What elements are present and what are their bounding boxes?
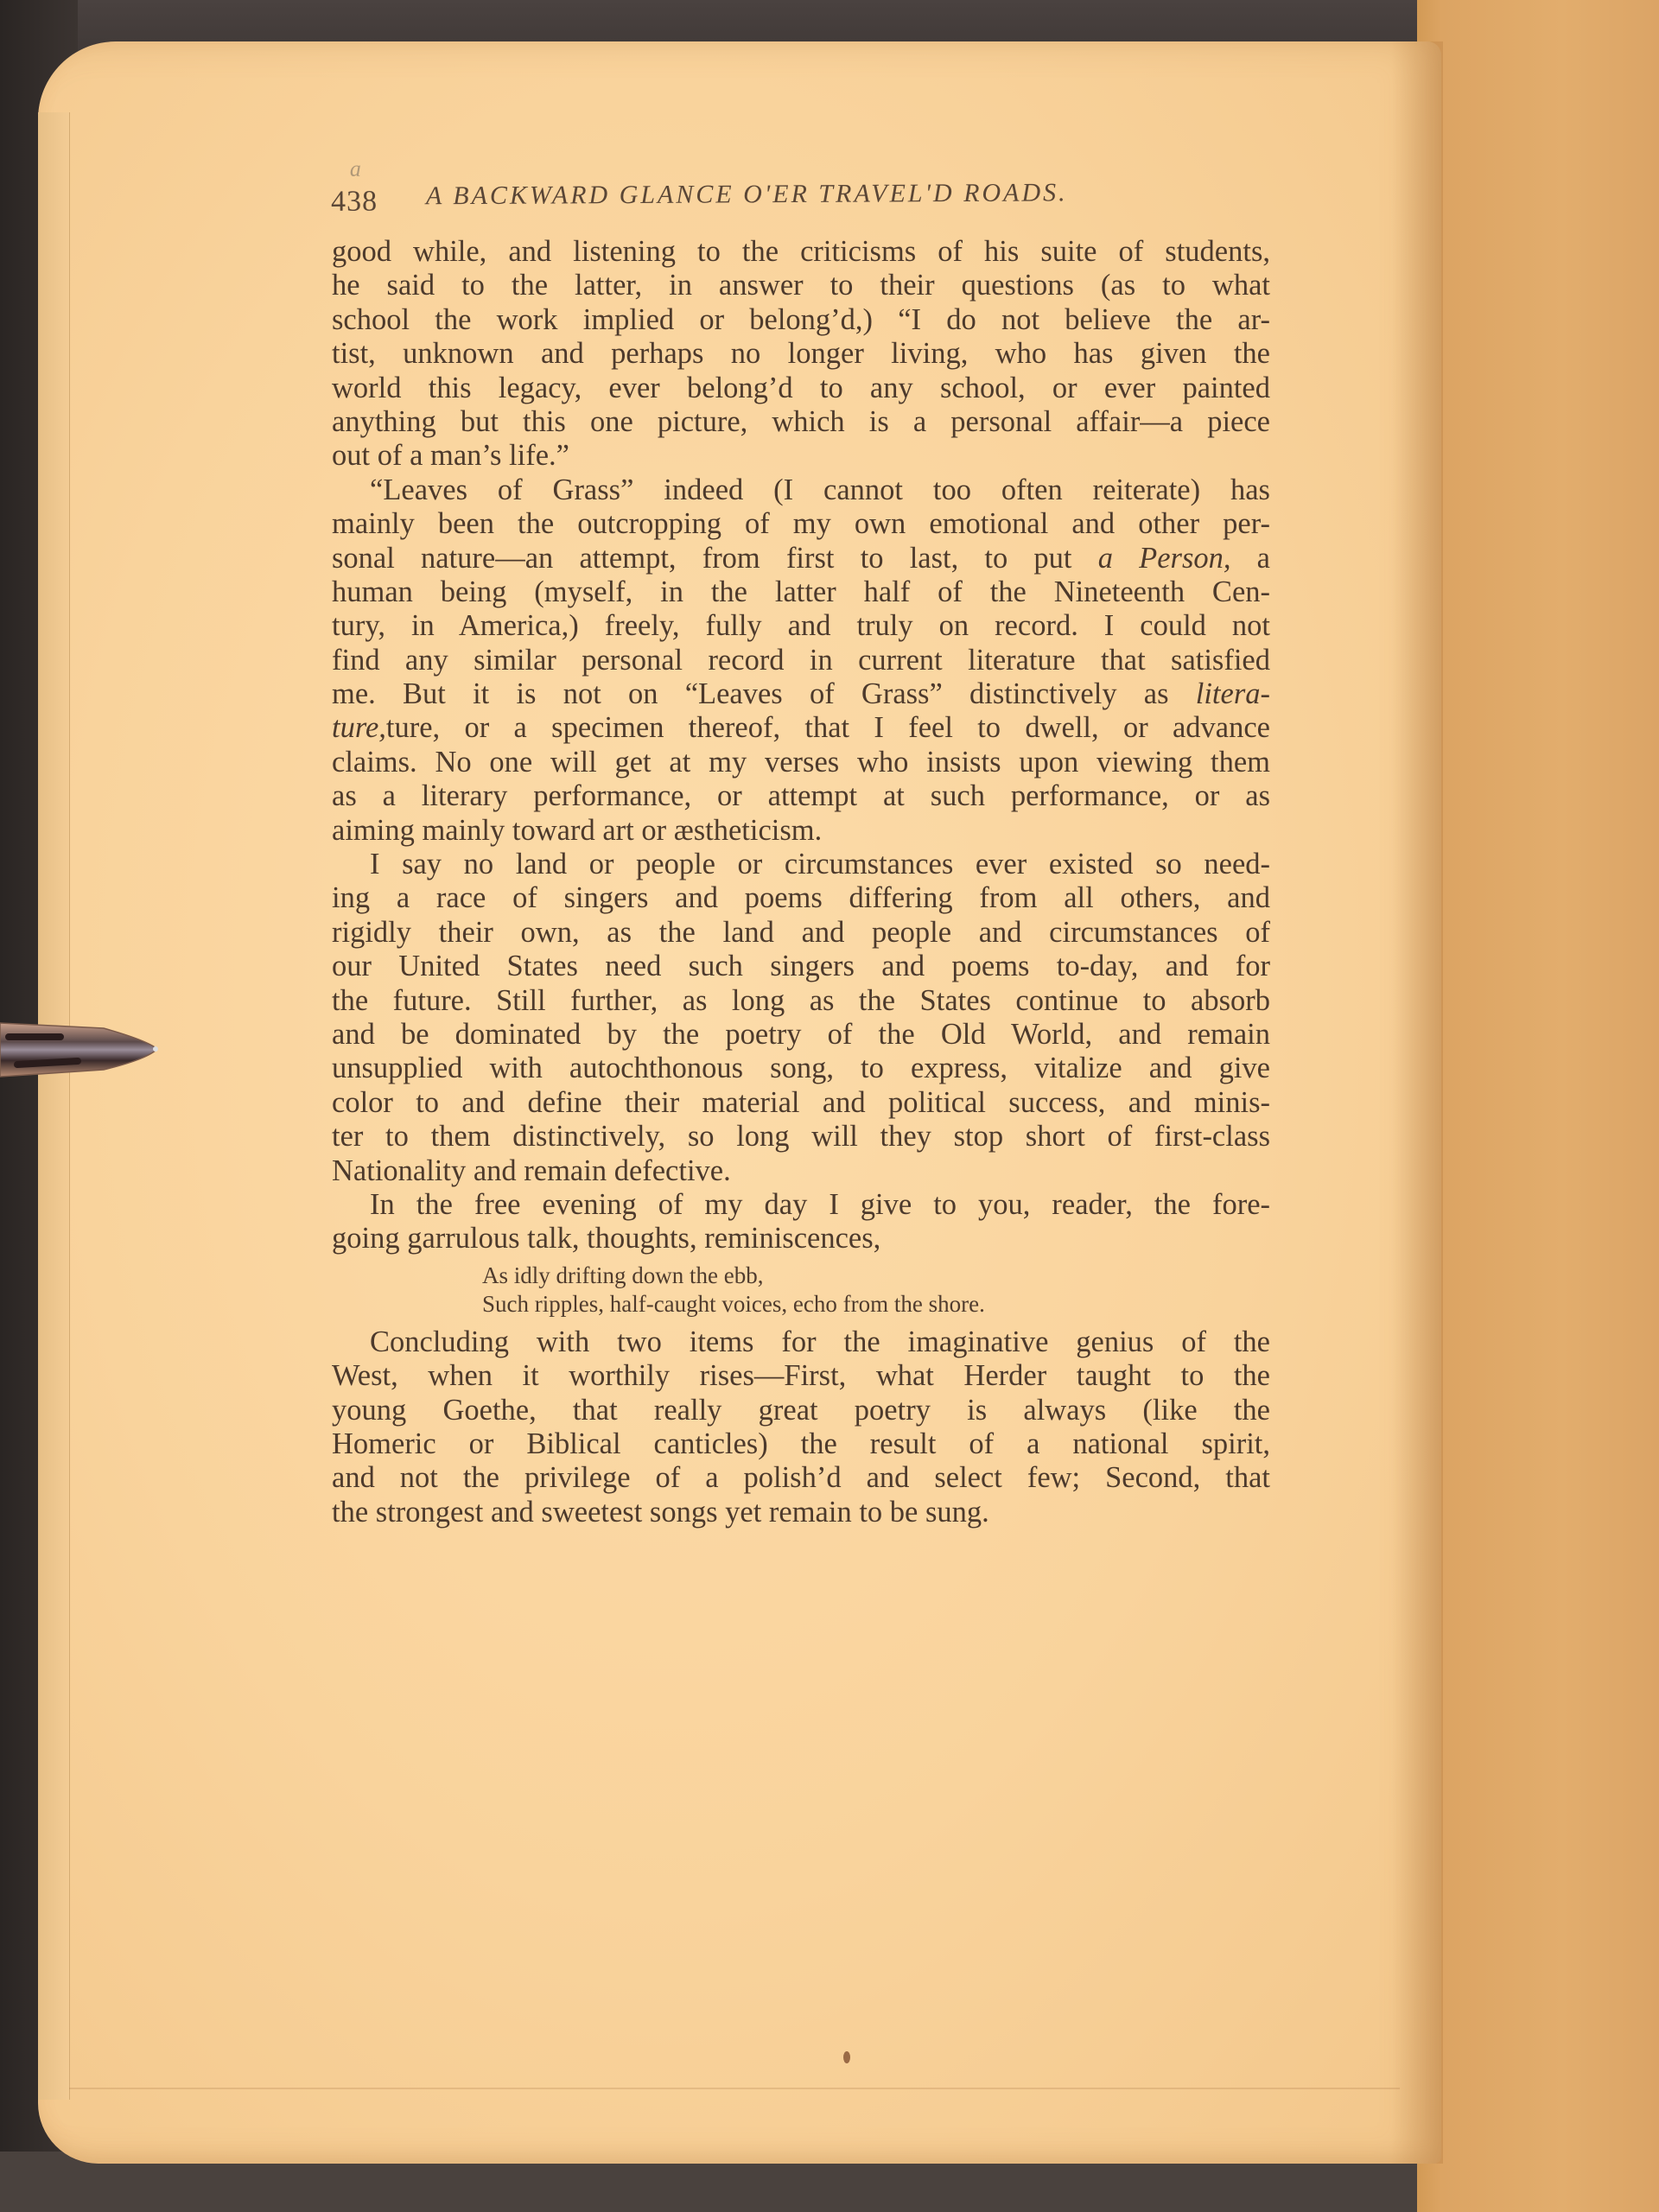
text-line: school the work implied or belong’d,) “I… [332, 303, 1270, 337]
text-line: as a literary performance, or attempt at… [332, 779, 1270, 813]
text-line: me. But it is not on “Leaves of Grass” d… [332, 677, 1270, 711]
text-line: Nationality and remain defective. [332, 1154, 1270, 1188]
verse-quote: As idly drifting down the ebb, Such ripp… [332, 1256, 1270, 1325]
text-line: find any similar personal record in curr… [332, 644, 1270, 677]
text-line: color to and define their material and p… [332, 1086, 1270, 1120]
running-head: a 438 A BACKWARD GLANCE O'ER TRAVEL'D RO… [331, 177, 1264, 220]
page-deckle-edge [38, 112, 70, 2100]
text-line: human being (myself, in the latter half … [332, 575, 1270, 609]
verse-line: Such ripples, half-caught voices, echo f… [332, 1290, 1270, 1319]
text-line: the strongest and sweetest songs yet rem… [332, 1496, 1270, 1529]
text-line: and be dominated by the poetry of the Ol… [332, 1018, 1270, 1052]
text-line: going garrulous talk, thoughts, reminisc… [332, 1222, 1270, 1255]
verse-line: As idly drifting down the ebb, [332, 1262, 1270, 1290]
text-line: rigidly their own, as the land and peopl… [332, 916, 1270, 950]
text-line: ter to them distinctively, so long will … [332, 1120, 1270, 1154]
text-line: young Goethe, that really great poetry i… [332, 1394, 1270, 1427]
page-number: 438 [331, 186, 378, 219]
text-line: ing a race of singers and poems differin… [332, 881, 1270, 915]
text-line: he said to the latter, in answer to thei… [332, 269, 1270, 302]
pencil-mark: a [350, 156, 361, 182]
paragraph-start: In the free evening of my day I give to … [332, 1188, 1270, 1222]
text-line: West, when it worthily rises—First, what… [332, 1359, 1270, 1393]
paragraph-start: Concluding with two items for the imagin… [332, 1325, 1270, 1359]
text-line: the future. Still further, as long as th… [332, 984, 1270, 1018]
italic-a-person: a Person, [1098, 542, 1231, 575]
text-segment: ture, or a specimen thereof, that I feel… [386, 711, 1270, 744]
text-line: anything but this one picture, which is … [332, 405, 1270, 439]
italic-litera: litera- [1196, 677, 1270, 710]
text-line: tury, in America,) freely, fully and tru… [332, 609, 1270, 643]
ink-spot [843, 2051, 850, 2063]
page-fold-line [69, 2088, 1400, 2089]
text-line: claims. No one will get at my verses who… [332, 746, 1270, 779]
text-line: good while, and listening to the critici… [332, 235, 1270, 269]
text-line: unsupplied with autochthonous song, to e… [332, 1052, 1270, 1085]
text-line: out of a man’s life.” [332, 439, 1270, 473]
gutter-shadow [1391, 41, 1443, 2164]
text-segment: a [1231, 542, 1271, 575]
text-line: aiming mainly toward art or æstheticism. [332, 814, 1270, 848]
text-segment: sonal nature—an attempt, from first to l… [332, 542, 1098, 575]
running-title: A BACKWARD GLANCE O'ER TRAVEL'D ROADS. [426, 178, 1068, 211]
text-line: sonal nature—an attempt, from first to l… [332, 542, 1270, 575]
text-line: mainly been the outcropping of my own em… [332, 507, 1270, 541]
italic-ture: ture, [332, 711, 386, 744]
body-text: good while, and listening to the critici… [332, 235, 1270, 1529]
text-segment: me. But it is not on “Leaves of Grass” d… [332, 677, 1196, 710]
text-line: world this legacy, ever belong’d to any … [332, 372, 1270, 405]
text-line: Homeric or Biblical canticles) the resul… [332, 1427, 1270, 1461]
text-line: and not the privilege of a polish’d and … [332, 1461, 1270, 1495]
pen-clip-icon [0, 1007, 160, 1094]
paragraph-start: I say no land or people or circumstances… [332, 848, 1270, 881]
facing-page [1417, 0, 1659, 2212]
text-line: our United States need such singers and … [332, 950, 1270, 983]
paragraph-start: “Leaves of Grass” indeed (I cannot too o… [332, 474, 1270, 507]
text-line: tist, unknown and perhaps no longer livi… [332, 337, 1270, 371]
text-line: ture,ture, or a specimen thereof, that I… [332, 711, 1270, 745]
